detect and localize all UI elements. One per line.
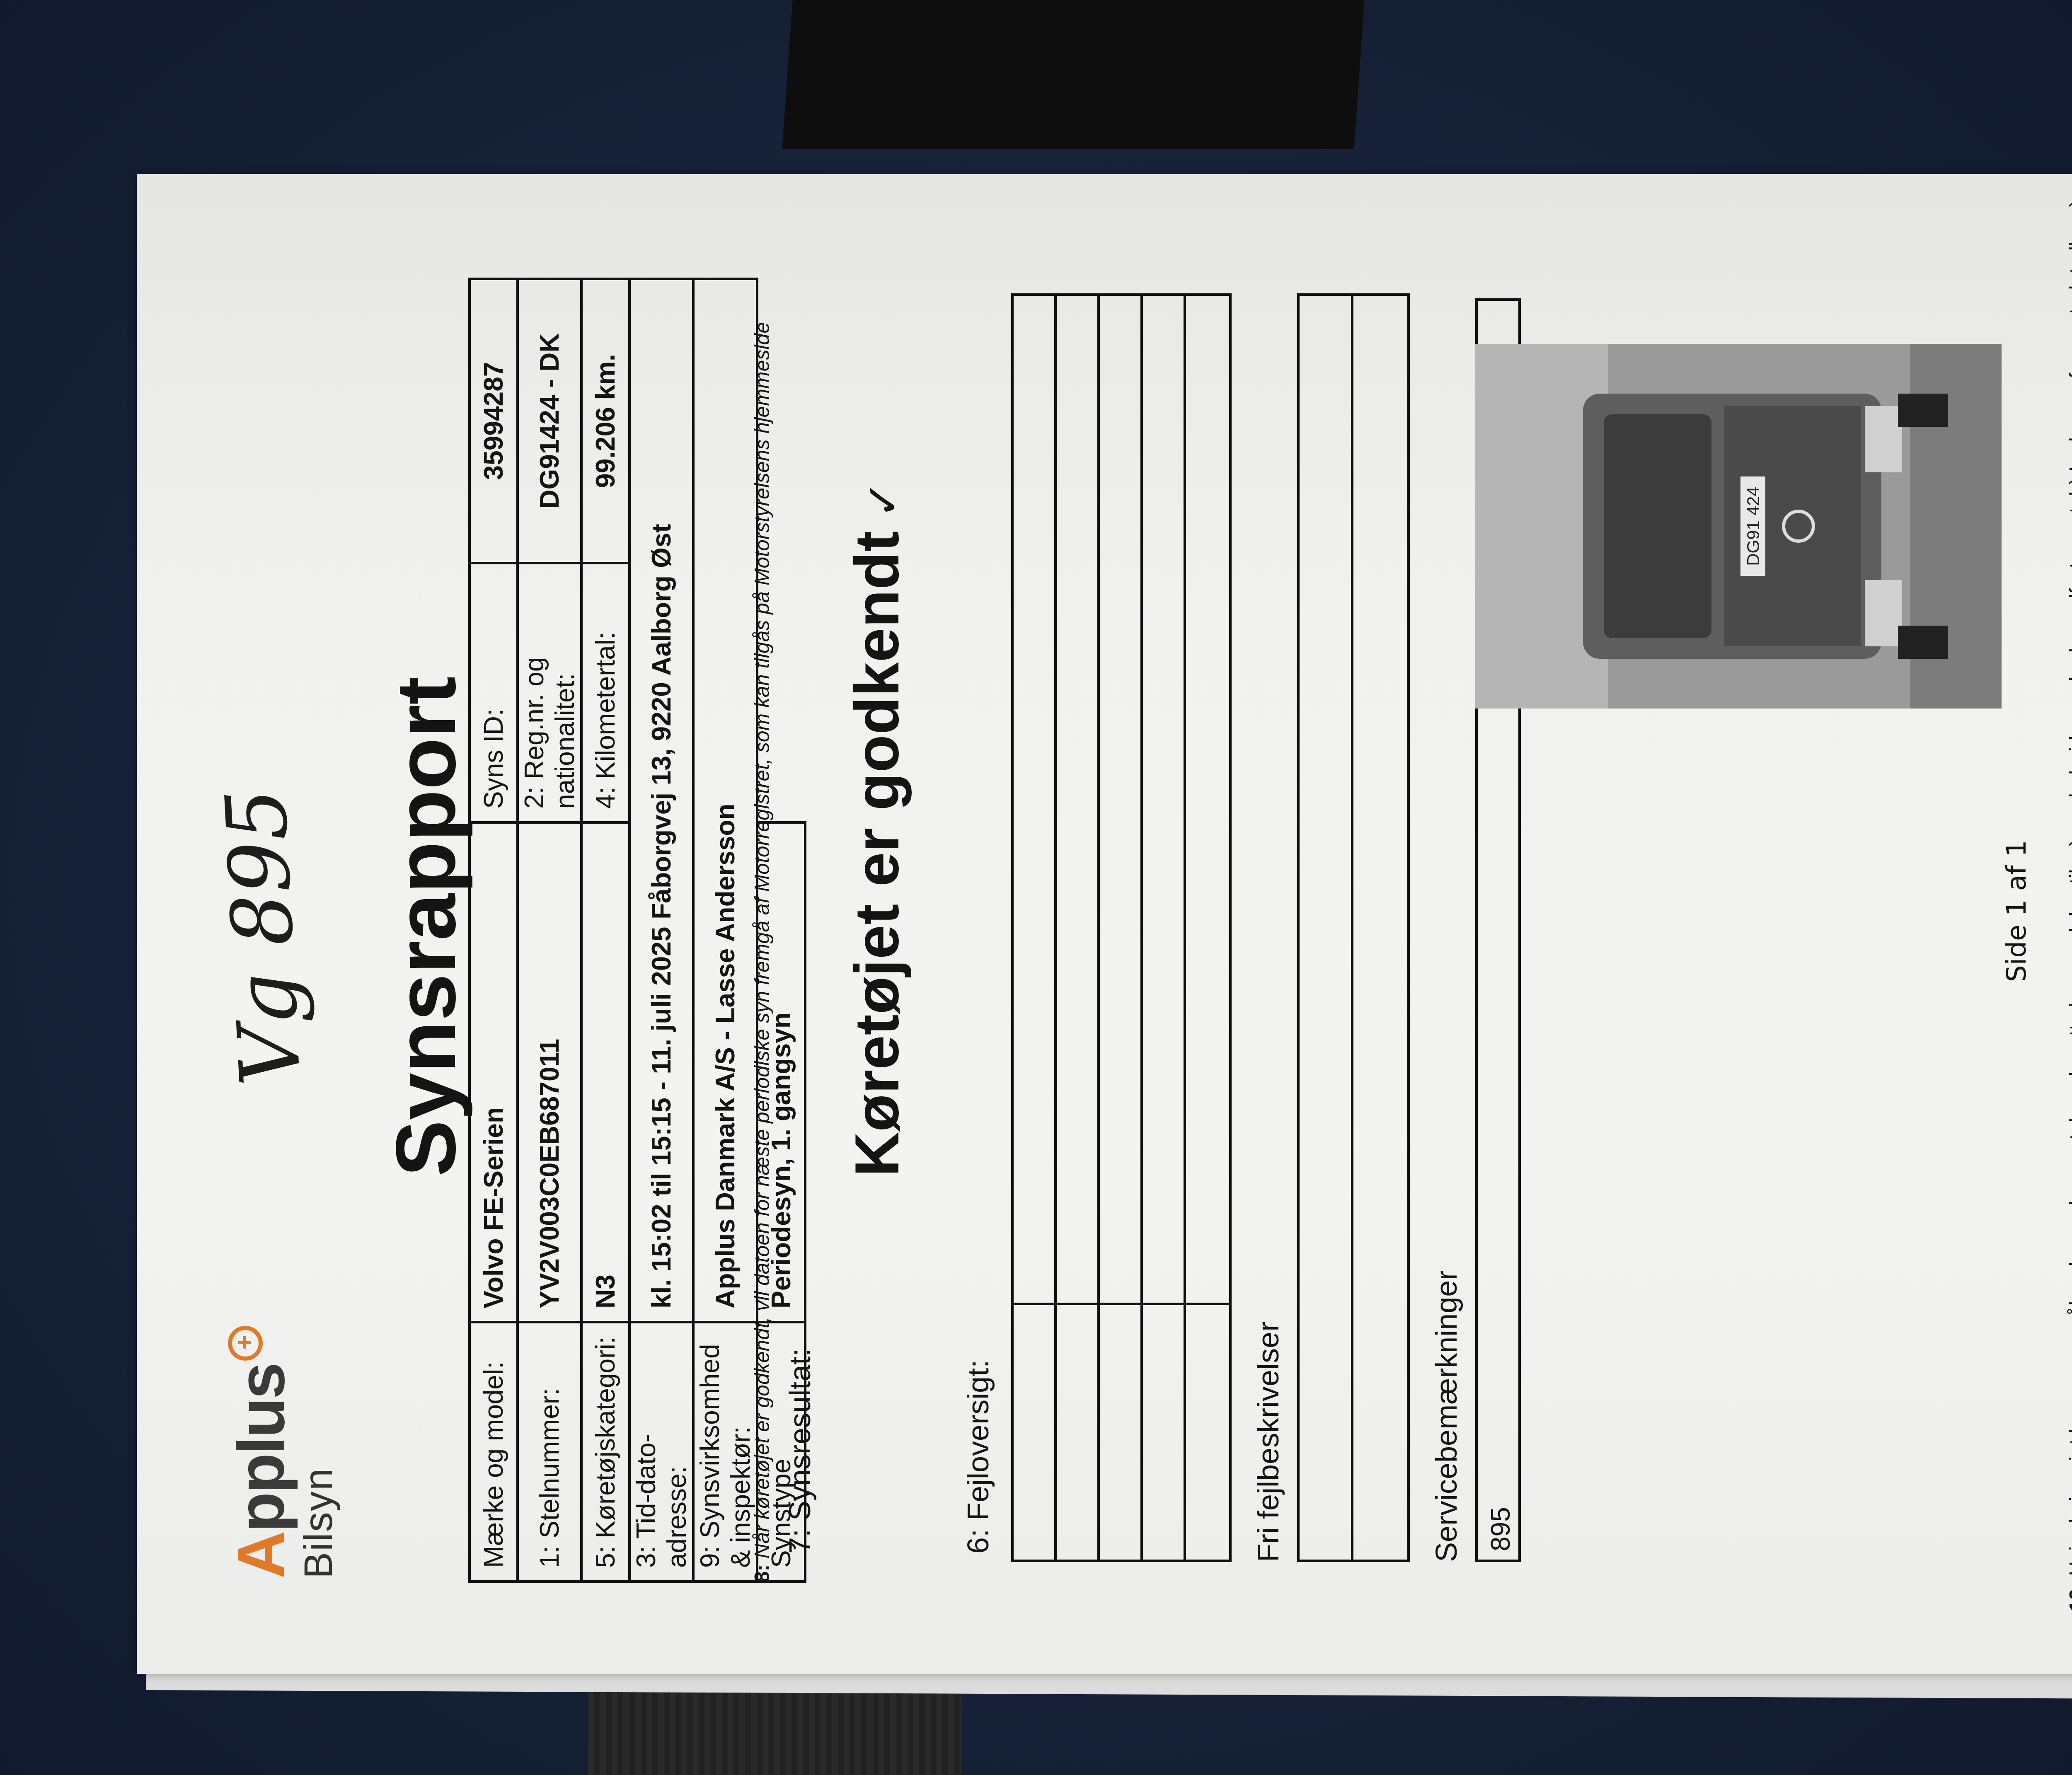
- handwritten-note: Vg 895: [208, 786, 320, 1088]
- table-row: [1186, 296, 1229, 1560]
- table-row: 3: Tid-dato-adresse: kl. 15:02 til 15:15…: [629, 279, 693, 1582]
- label-inspector: 9: Synsvirksomhed & inspektør:: [693, 1322, 757, 1582]
- logo-subtitle: Bilsyn: [296, 1326, 341, 1579]
- footnote-10: 10: Hvis du i øvrigt har spørgsmål vedrø…: [2064, 195, 2072, 1612]
- label-category: 5: Køretøjskategori:: [581, 1322, 629, 1582]
- label-reg-nr: 2: Reg.nr. og nationalitet:: [518, 563, 581, 822]
- section-7-label: 7: Synsresultat:: [783, 1348, 817, 1554]
- value-category: N3: [581, 822, 629, 1322]
- table-row: 5: Køretøjskategori: N3 4: Kilometertal:…: [581, 279, 629, 1582]
- footnote-8-number: 8:: [750, 1565, 774, 1583]
- footnote-8-text: Når køretøjet er godkendt, vil datoen fo…: [750, 322, 774, 1559]
- fejloversigt-table: [1011, 293, 1232, 1562]
- inspection-result: Køretøjet er godkendt✓: [841, 480, 913, 1177]
- result-text: Køretøjet er godkendt: [842, 531, 912, 1177]
- table-row: [1143, 296, 1186, 1560]
- footnote-10-number: 10:: [2065, 1582, 2072, 1612]
- label-vin: 1: Stelnummer:: [518, 1322, 581, 1582]
- label-mileage: 4: Kilometertal:: [581, 563, 629, 822]
- footnote-8: 8: Når køretøjet er godkendt, vil datoen…: [750, 322, 774, 1583]
- label-time-date-address: 3: Tid-dato-adresse:: [629, 1322, 693, 1582]
- value-make-model: Volvo FE-Serien: [470, 822, 518, 1322]
- value-syns-id: 35994287: [470, 279, 518, 563]
- table-row: [1014, 296, 1057, 1560]
- logo-wordmark: Applus+: [228, 1326, 294, 1579]
- svg-text:DG91 424: DG91 424: [1743, 486, 1763, 566]
- section-6-label: 6: Fejloversigt:: [961, 1360, 995, 1554]
- table-row: [1057, 296, 1100, 1560]
- value-inspector: Applus Danmark A/S - Lasse Andersson: [693, 279, 757, 1322]
- inspection-report-page: Applus+ Bilsyn Vg 895 Synsrapport Mærke …: [137, 174, 2072, 1674]
- footnote-10-line1: Hvis du i øvrigt har spørgsmål vedrørend…: [2065, 200, 2072, 1612]
- strap-top: [782, 0, 1364, 149]
- table-row: 1: Stelnummer: YV2V003C0EB687011 2: Reg.…: [518, 279, 581, 1582]
- fri-fejlbeskrivelser-label: Fri fejlbeskrivelser: [1251, 1322, 1285, 1562]
- truck-image-icon: DG91 424: [1475, 344, 2002, 709]
- label-make-model: Mærke og model:: [470, 1322, 518, 1582]
- table-row: [1353, 296, 1407, 1560]
- label-syns-id: Syns ID:: [470, 563, 518, 822]
- service-remarks-label: Servicebemærkninger: [1430, 1270, 1464, 1562]
- fri-fejlbeskrivelser-table: [1297, 293, 1410, 1562]
- logo-plus-icon: +: [228, 1326, 263, 1361]
- value-reg-nr: DG91424 - DK: [518, 279, 581, 563]
- value-time-date-address: kl. 15:02 til 15:15 - 11. juli 2025 Fåbo…: [629, 279, 693, 1322]
- table-row: 9: Synsvirksomhed & inspektør: Applus Da…: [693, 279, 757, 1582]
- value-vin: YV2V003C0EB687011: [518, 822, 581, 1322]
- checkmark-icon: ✓: [856, 480, 909, 518]
- page-number: Side 1 af 1: [2002, 840, 2032, 982]
- vehicle-photo: DG91 424: [1475, 344, 2002, 709]
- table-row: [1300, 296, 1353, 1560]
- value-mileage: 99.206 km.: [581, 279, 629, 563]
- table-row: [1100, 296, 1143, 1560]
- applus-logo: Applus+ Bilsyn: [228, 1326, 341, 1579]
- page-title: Synsrapport: [377, 677, 475, 1177]
- table-row: Mærke og model: Volvo FE-Serien Syns ID:…: [470, 279, 518, 1582]
